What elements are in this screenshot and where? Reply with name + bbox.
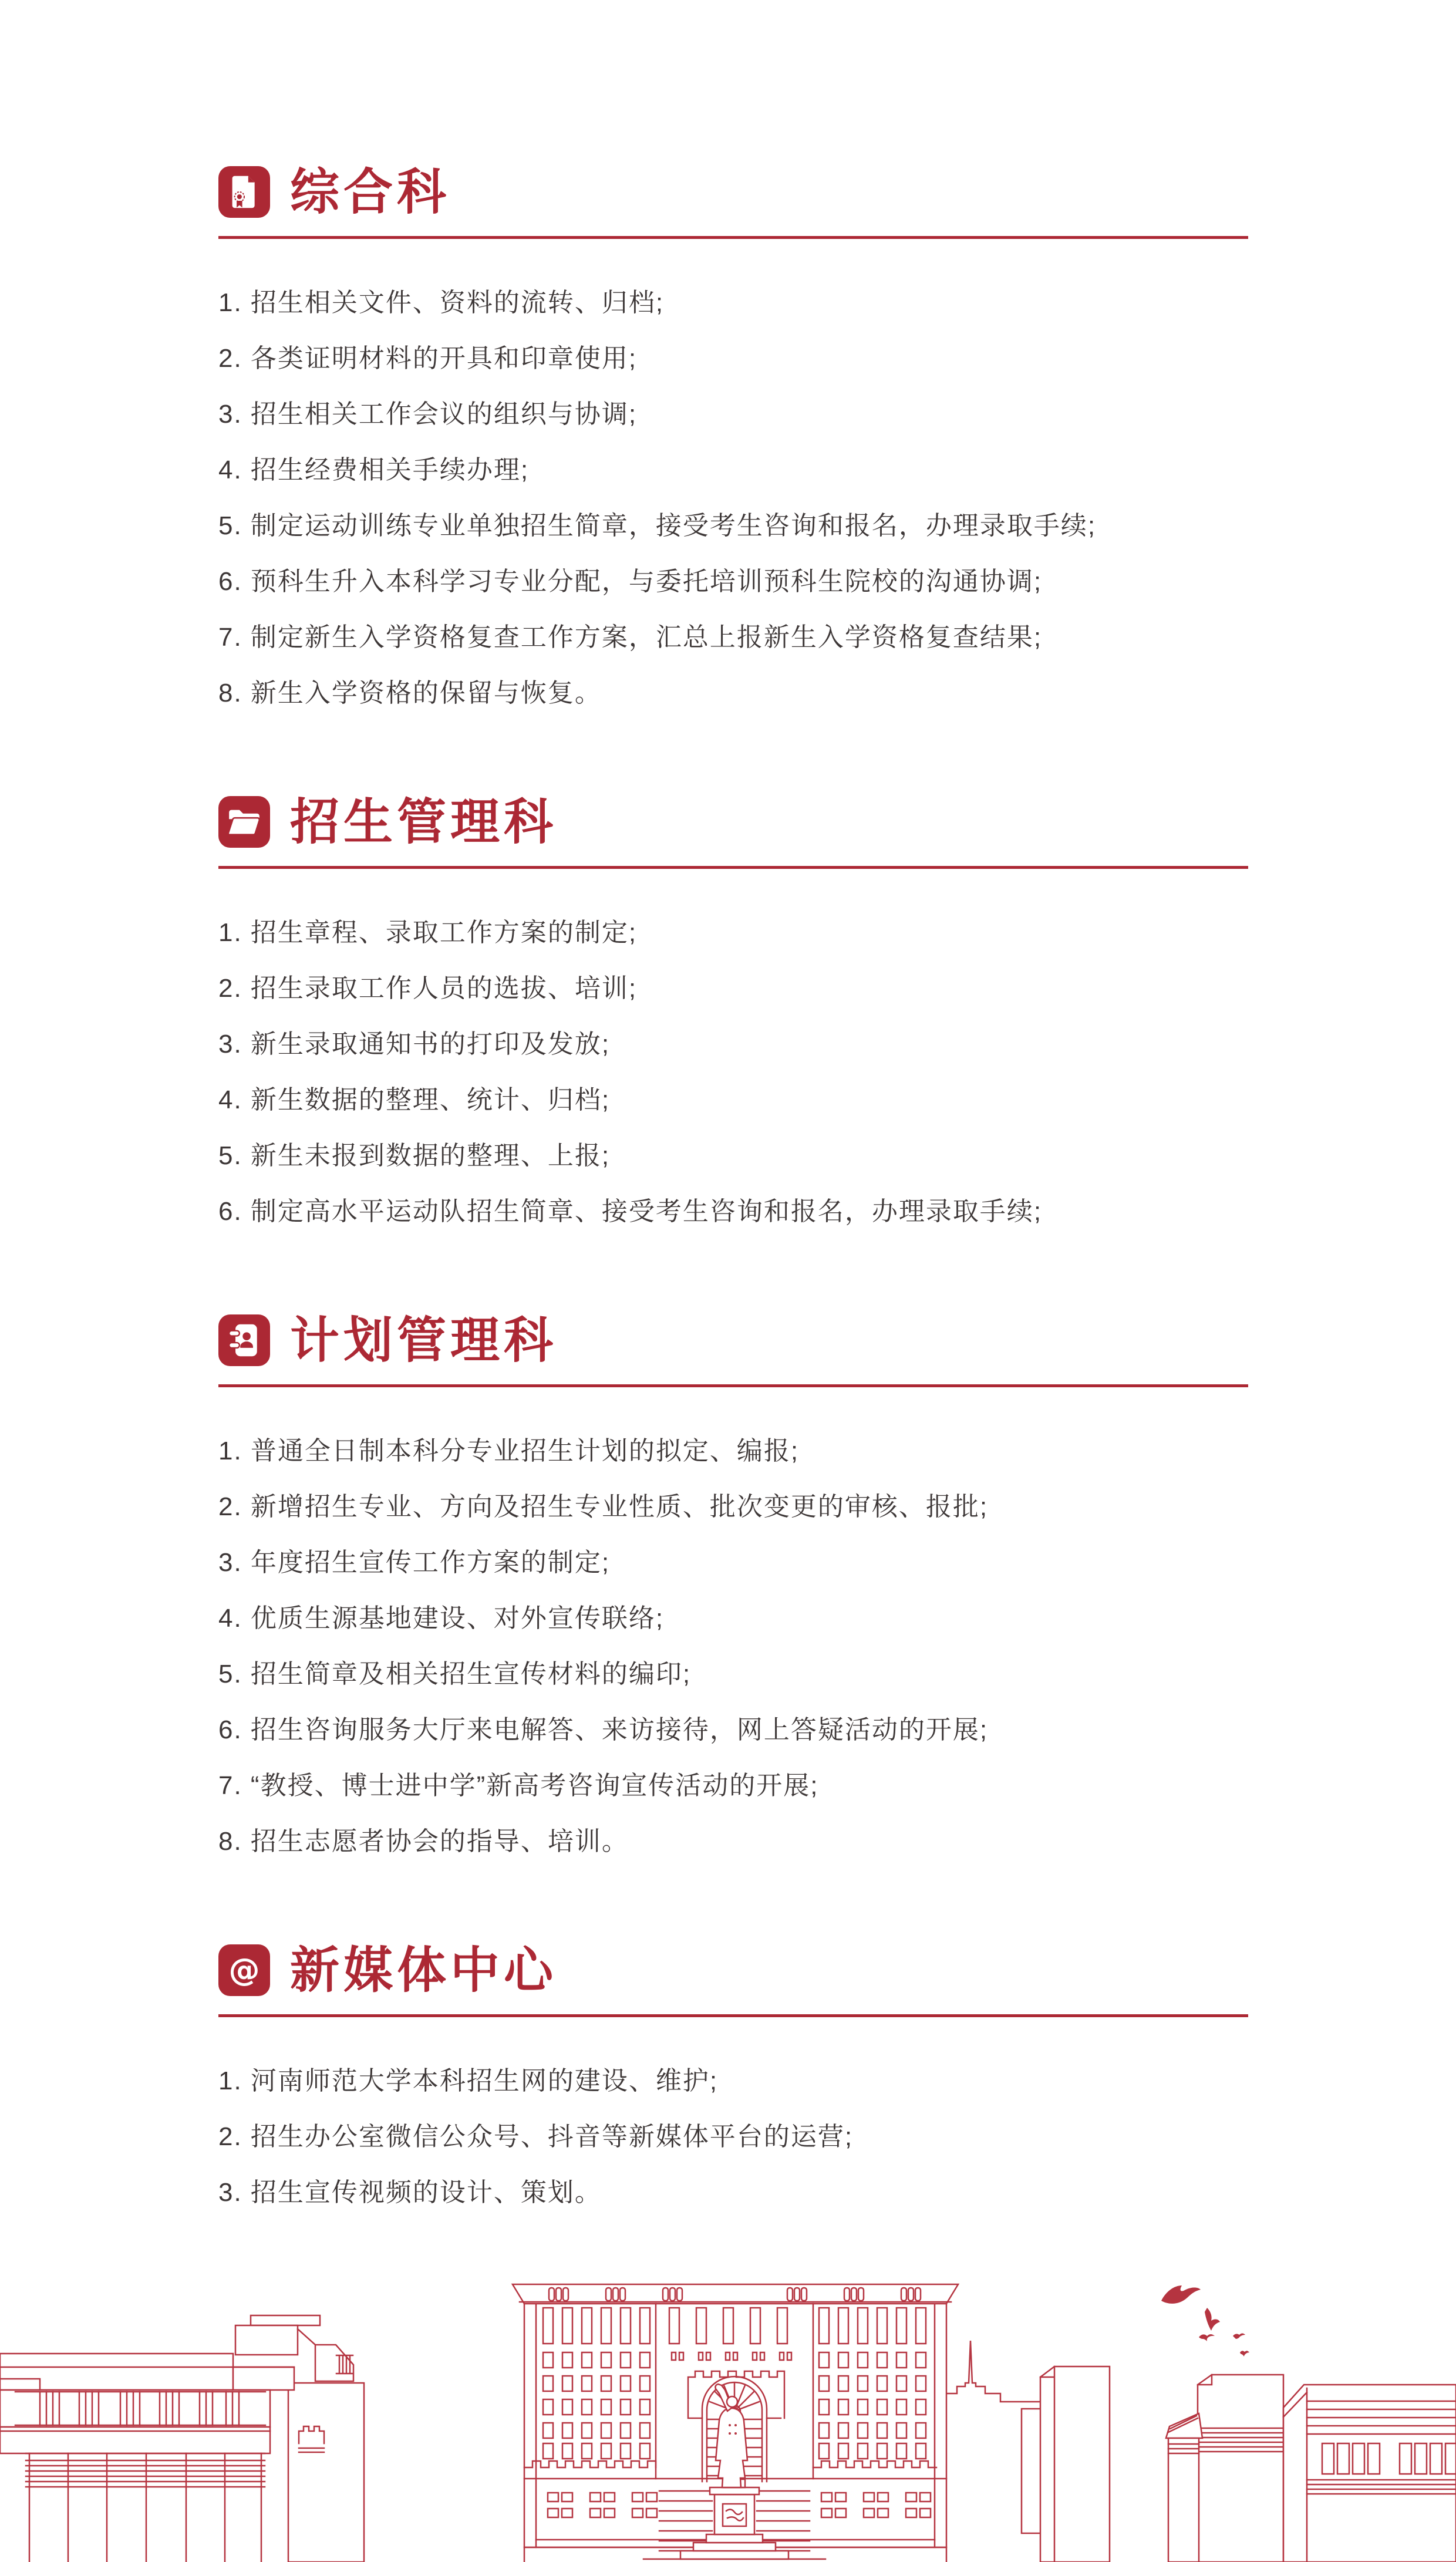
duty-list: 1. 河南师范大学本科招生网的建设、维护;2. 招生办公室微信公众号、抖音等新媒…: [218, 2065, 1248, 2209]
section-divider: [218, 1384, 1248, 1387]
section-divider: [218, 2014, 1248, 2017]
duty-item: 6. 预科生升入本科学习专业分配，与委托培训预科生院校的沟通协调;: [218, 566, 1248, 598]
at-icon: [218, 1944, 270, 1996]
duty-item: 8. 招生志愿者协会的指导、培训。: [218, 1826, 1248, 1858]
duty-item: 1. 河南师范大学本科招生网的建设、维护;: [218, 2065, 1248, 2097]
duty-list: 1. 招生章程、录取工作方案的制定;2. 招生录取工作人员的选拔、培训;3. 新…: [218, 917, 1248, 1228]
birds: [1161, 2285, 1249, 2357]
duty-item: 5. 新生未报到数据的整理、上报;: [218, 1140, 1248, 1172]
department-section: 计划管理科 1. 普通全日制本科分专业招生计划的拟定、编报;2. 新增招生专业、…: [218, 1314, 1248, 1858]
content: 综合科 1. 招生相关文件、资料的流转、归档;2. 各类证明材料的开具和印章使用…: [218, 166, 1248, 2295]
department-title: 新媒体中心: [290, 1946, 557, 1995]
duty-item: 4. 招生经费相关手续办理;: [218, 454, 1248, 486]
department-title: 招生管理科: [290, 797, 557, 847]
duty-item: 1. 普通全日制本科分专业招生计划的拟定、编报;: [218, 1435, 1248, 1467]
department-header: 综合科: [218, 166, 1248, 218]
right-buildings: [1022, 2367, 1456, 2562]
duty-list: 1. 招生相关文件、资料的流转、归档;2. 各类证明材料的开具和印章使用;3. …: [218, 287, 1248, 709]
duty-item: 1. 招生章程、录取工作方案的制定;: [218, 917, 1248, 949]
duty-item: 7. 制定新生入学资格复查工作方案，汇总上报新生入学资格复查结果;: [218, 622, 1248, 653]
page: 综合科 1. 招生相关文件、资料的流转、归档;2. 各类证明材料的开具和印章使用…: [0, 0, 1456, 2562]
duty-item: 4. 新生数据的整理、统计、归档;: [218, 1084, 1248, 1116]
duty-item: 4. 优质生源基地建设、对外宣传联络;: [218, 1603, 1248, 1634]
duty-item: 2. 招生录取工作人员的选拔、培训;: [218, 973, 1248, 1004]
bird-icon: [1161, 2285, 1201, 2304]
bird-icon: [1199, 2334, 1215, 2341]
department-header: 新媒体中心: [218, 1944, 1248, 1996]
duty-item: 3. 年度招生宣传工作方案的制定;: [218, 1547, 1248, 1579]
duty-item: 5. 招生简章及相关招生宣传材料的编印;: [218, 1658, 1248, 1690]
duty-item: 3. 新生录取通知书的打印及发放;: [218, 1029, 1248, 1060]
main-building: [513, 2284, 958, 2562]
address-book-icon: [218, 1314, 270, 1366]
duty-item: 6. 招生咨询服务大厅来电解答、来访接待，网上答疑活动的开展;: [218, 1714, 1248, 1746]
section-divider: [218, 866, 1248, 869]
bird-icon: [1240, 2351, 1249, 2357]
section-divider: [218, 236, 1248, 239]
duty-item: 1. 招生相关文件、资料的流转、归档;: [218, 287, 1248, 319]
department-section: 综合科 1. 招生相关文件、资料的流转、归档;2. 各类证明材料的开具和印章使用…: [218, 166, 1248, 709]
spire: [946, 2341, 1040, 2402]
department-header: 计划管理科: [218, 1314, 1248, 1366]
duty-item: 3. 招生相关工作会议的组织与协调;: [218, 399, 1248, 430]
left-buildings: [0, 2315, 364, 2562]
folder-icon: [218, 796, 270, 848]
duty-item: 8. 新生入学资格的保留与恢复。: [218, 677, 1248, 709]
department-section: 新媒体中心 1. 河南师范大学本科招生网的建设、维护;2. 招生办公室微信公众号…: [218, 1944, 1248, 2209]
duty-item: 6. 制定高水平运动队招生简章、接受考生咨询和报名，办理录取手续;: [218, 1196, 1248, 1228]
department-header: 招生管理科: [218, 796, 1248, 848]
certificate-icon: [218, 166, 270, 218]
duty-list: 1. 普通全日制本科分专业招生计划的拟定、编报;2. 新增招生专业、方向及招生专…: [218, 1435, 1248, 1858]
duty-item: 3. 招生宣传视频的设计、策划。: [218, 2177, 1248, 2209]
campus-illustration: [0, 2242, 1456, 2562]
duty-item: 7. “教授、博士进中学”新高考咨询宣传活动的开展;: [218, 1770, 1248, 1802]
duty-item: 2. 新增招生专业、方向及招生专业性质、批次变更的审核、报批;: [218, 1491, 1248, 1523]
department-section: 招生管理科 1. 招生章程、录取工作方案的制定;2. 招生录取工作人员的选拔、培…: [218, 796, 1248, 1228]
bird-icon: [1233, 2334, 1245, 2339]
duty-item: 2. 招生办公室微信公众号、抖音等新媒体平台的运营;: [218, 2121, 1248, 2153]
bird-icon: [1205, 2308, 1220, 2331]
duty-item: 2. 各类证明材料的开具和印章使用;: [218, 343, 1248, 375]
department-title: 计划管理科: [290, 1316, 557, 1365]
duty-item: 5. 制定运动训练专业单独招生简章，接受考生咨询和报名，办理录取手续;: [218, 510, 1248, 542]
department-title: 综合科: [290, 167, 450, 217]
